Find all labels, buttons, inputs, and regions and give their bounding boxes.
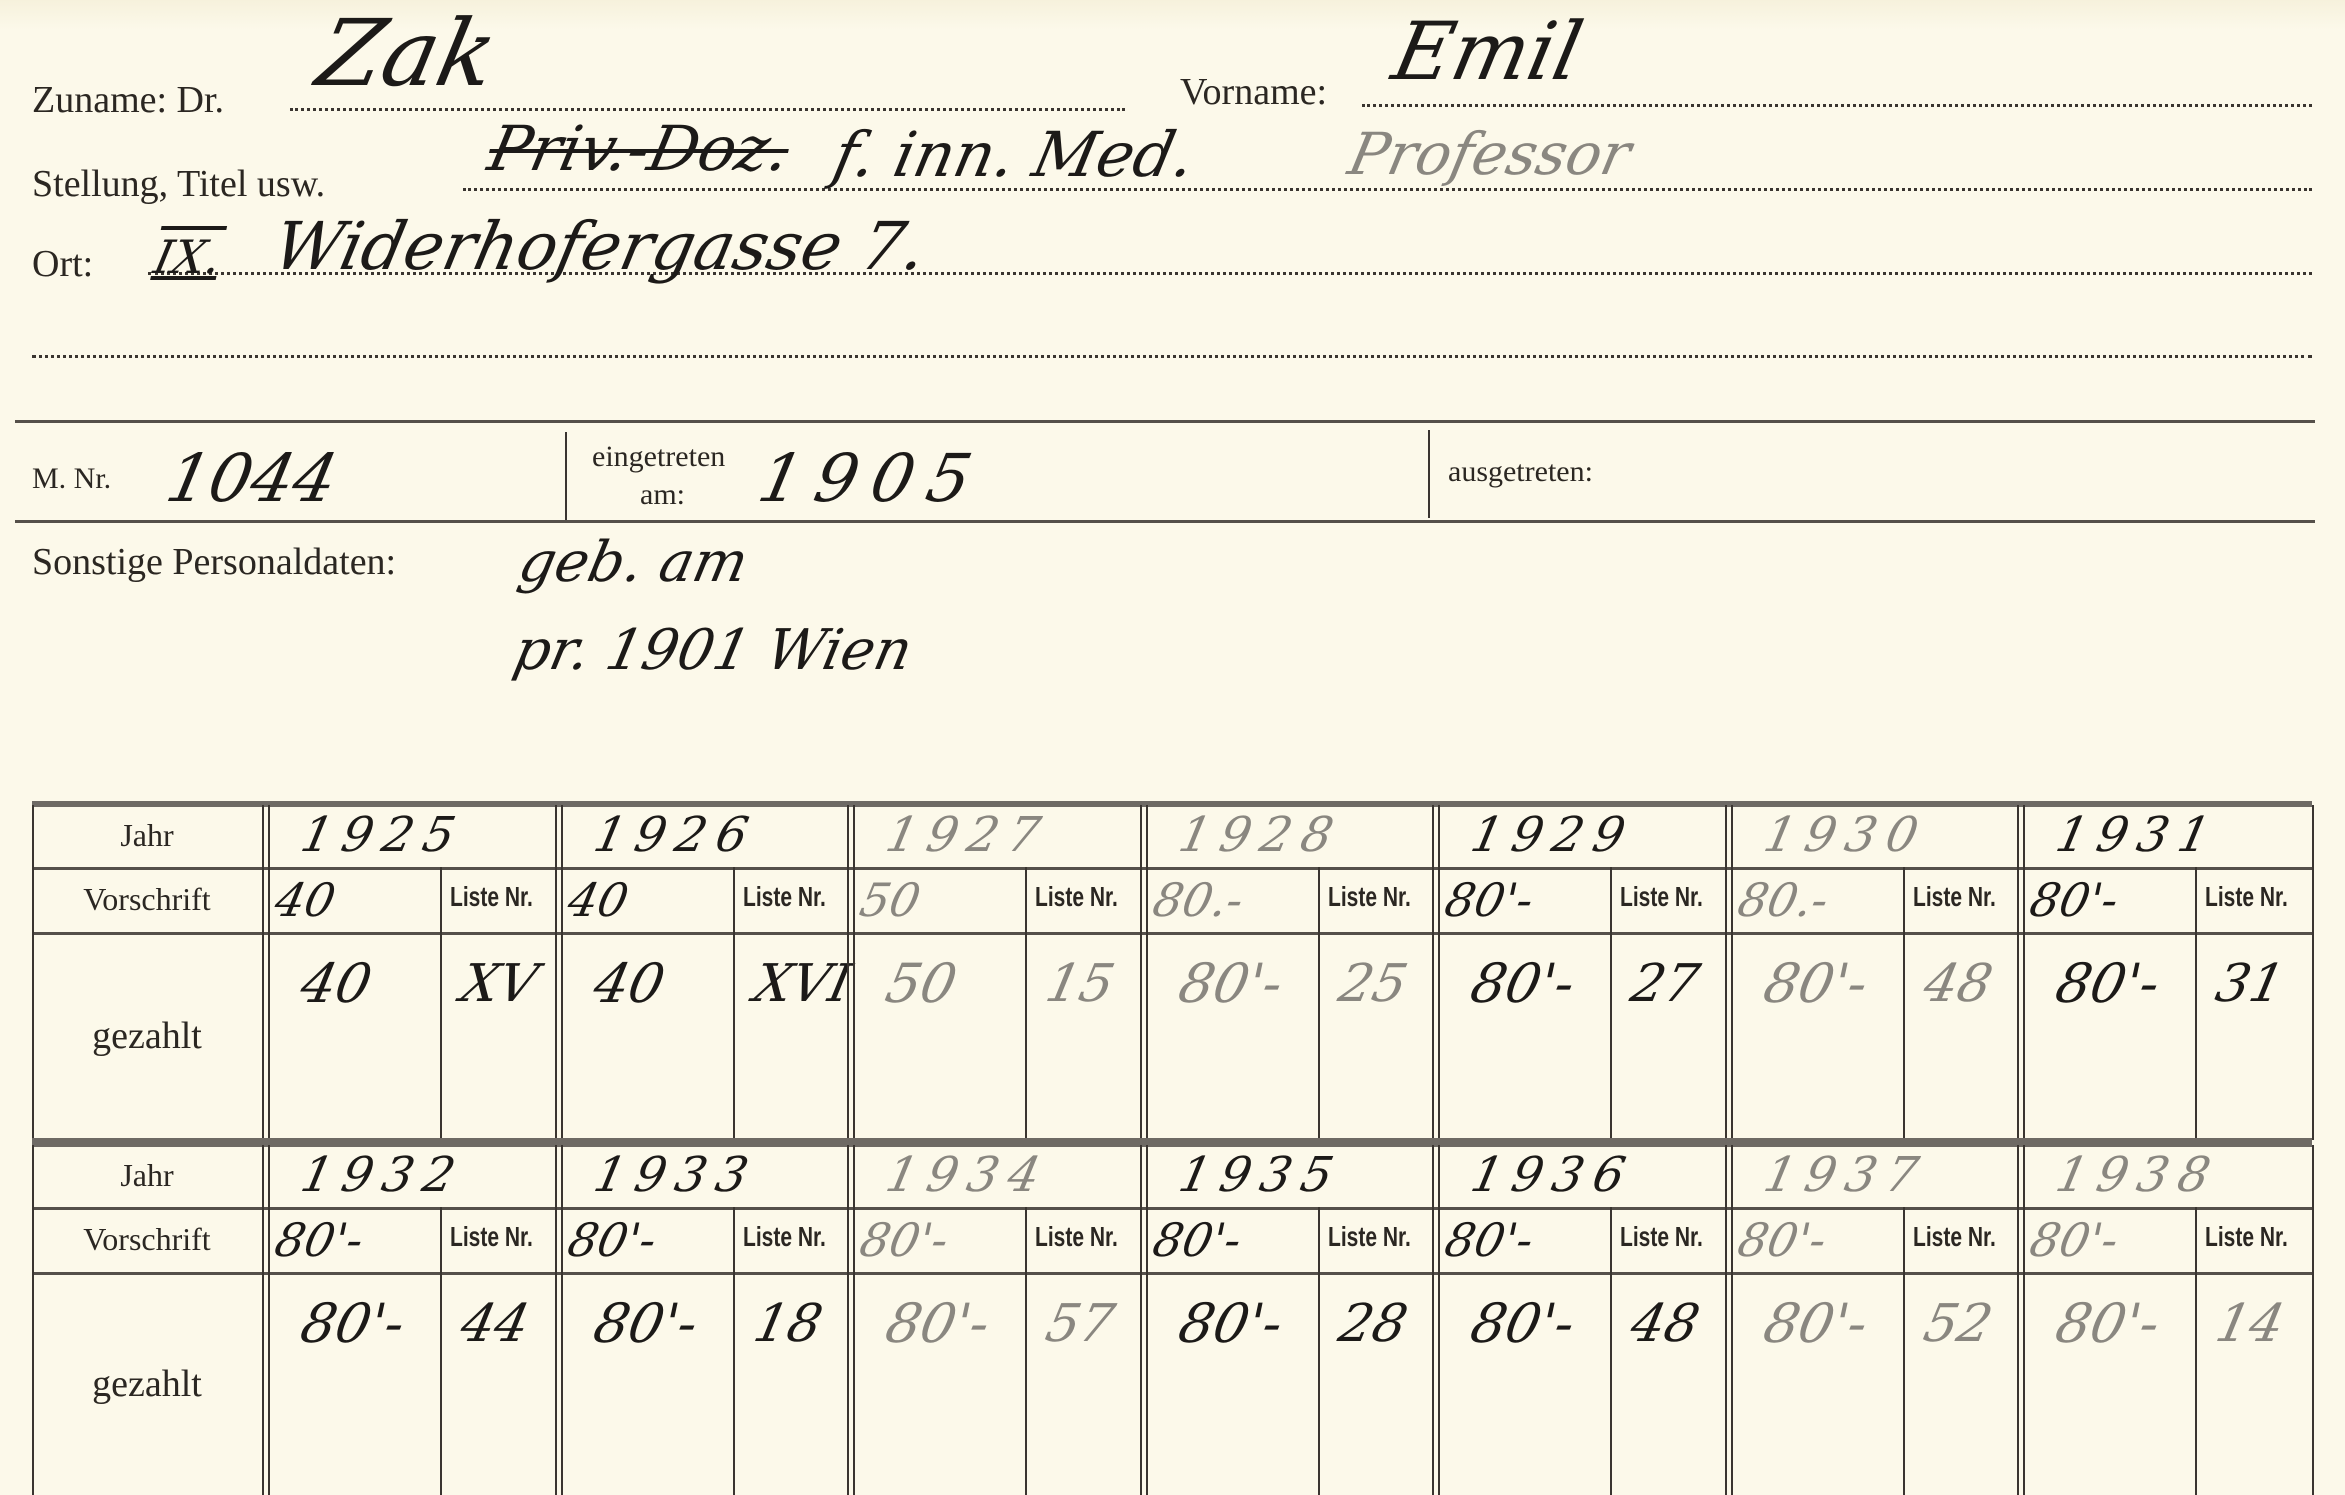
paid-value: 80'- [1173,952,1288,1015]
list-no-label: Liste Nr. [2205,1221,2288,1253]
year-block-divider [1432,1145,1440,1495]
prescribed-value: 80'- [1440,1213,1538,1267]
prescribed-value: 40 [563,873,633,927]
list-no-value: 48 [1918,954,1997,1014]
list-no-value: 44 [456,1294,535,1354]
list-no-label: Liste Nr. [1035,881,1118,913]
list-no-label: Liste Nr. [1913,1221,1996,1253]
prescribed-value: 80'- [563,1213,661,1267]
year-block-divider [1725,1145,1733,1495]
list-no-value: 27 [1626,954,1705,1014]
list-no-divider [1610,867,1612,1140]
prescribed-value: 80'- [1733,1213,1831,1267]
position-value: f. inn. Med. [827,118,1201,191]
list-no-divider [1903,867,1905,1140]
list-no-label: Liste Nr. [1620,881,1703,913]
member-row-divider-2 [1428,430,1430,518]
year-block-divider [1140,805,1148,1140]
paid-value: 80'- [1465,1292,1580,1355]
list-no-label: Liste Nr. [1035,1221,1118,1253]
list-no-label: Liste Nr. [1913,881,1996,913]
prescribed-value: 80'- [1148,1213,1246,1267]
other-data-label: Sonstige Personaldaten: [32,540,396,584]
paid-value: 80'- [1758,952,1873,1015]
membership-index-card: Zuname: Dr. Zak Vorname: Emil Stellung, … [0,0,2345,1495]
year-row-label: Jahr [32,1157,262,1194]
year-block-divider [262,1145,270,1495]
position-struck-value: Priv.-Doz. [482,112,796,185]
list-no-value: XV [456,954,543,1014]
year-value: 1931 [2051,807,2225,863]
paid-value: 80'- [588,1292,703,1355]
list-no-divider [440,867,442,1140]
joined-label-line-2: am: [640,478,685,512]
member-row-divider-1 [565,432,567,520]
prescribed-row-label: Vorschrift [32,881,262,918]
list-no-divider [1610,1207,1612,1495]
prescribed-value: 80'- [2025,873,2123,927]
prescribed-value: 50 [855,873,925,927]
paid-row-label: gezahlt [32,1014,262,1058]
list-no-divider [733,1207,735,1495]
list-no-divider [1025,1207,1027,1495]
list-no-label: Liste Nr. [1620,1221,1703,1253]
list-no-divider [2195,867,2197,1140]
table-prescribed-rule [32,932,2312,935]
list-no-value: 31 [2211,954,2290,1014]
place-label: Ort: [32,242,93,286]
list-no-label: Liste Nr. [1328,881,1411,913]
member-no-value: 1044 [160,440,344,517]
paid-value: 80'- [2050,1292,2165,1355]
list-no-divider [2195,1207,2197,1495]
paid-value: 80'- [880,1292,995,1355]
year-value: 1933 [589,1147,763,1203]
list-no-value: 15 [1041,954,1120,1014]
list-no-divider [733,867,735,1140]
prescribed-value: 80'- [270,1213,368,1267]
year-value: 1925 [296,807,470,863]
year-value: 1937 [1759,1147,1933,1203]
year-value: 1936 [1466,1147,1640,1203]
table-left-border [32,805,34,1140]
list-no-value: 28 [1333,1294,1412,1354]
year-block-divider [2017,805,2025,1140]
list-no-value: 52 [1918,1294,1997,1354]
year-value: 1932 [296,1147,470,1203]
joined-label-line-1: eingetreten [592,440,725,474]
prescribed-value: 80'- [855,1213,953,1267]
list-no-divider [1318,867,1320,1140]
list-no-value: 48 [1626,1294,1705,1354]
other-data-line-2: pr. 1901 Wien [508,618,918,683]
year-block-divider [847,1145,855,1495]
member-row-top-rule [15,420,2315,423]
paid-value: 50 [880,952,962,1015]
list-no-value: 14 [2211,1294,2290,1354]
table-prescribed-rule [32,1272,2312,1275]
year-block-divider [555,805,563,1140]
member-row-bottom-rule [15,520,2315,523]
year-value: 1929 [1466,807,1640,863]
surname-value: Zak [309,0,506,107]
year-row-label: Jahr [32,817,262,854]
prescribed-value: 80.- [1148,873,1248,927]
list-no-value: 18 [748,1294,827,1354]
year-block-divider [1140,1145,1148,1495]
place-value: Widerhofergasse 7. [267,208,934,285]
table-right-border [2312,1145,2314,1495]
paid-value: 80'- [1173,1292,1288,1355]
year-block-divider [1725,805,1733,1140]
table-year-rule [32,1207,2312,1210]
paid-value: 80'- [1758,1292,1873,1355]
position-addendum: Professor [1343,120,1637,188]
prescribed-row-label: Vorschrift [32,1221,262,1258]
position-line [463,188,2312,191]
prescribed-value: 80'- [2025,1213,2123,1267]
list-no-value: 57 [1041,1294,1120,1354]
prescribed-value: 40 [270,873,340,927]
paid-value: 80'- [1465,952,1580,1015]
list-no-divider [1903,1207,1905,1495]
firstname-label: Vorname: [1180,70,1327,114]
list-no-value: 25 [1333,954,1412,1014]
prescribed-value: 80.- [1733,873,1833,927]
year-value: 1930 [1759,807,1933,863]
paid-value: 80'- [295,1292,410,1355]
year-block-divider [847,805,855,1140]
blank-line [32,355,2312,358]
year-value: 1926 [589,807,763,863]
list-no-label: Liste Nr. [450,1221,533,1253]
surname-label: Zuname: Dr. [32,78,224,122]
left-label: ausgetreten: [1448,455,1593,489]
year-block-divider [555,1145,563,1495]
year-value: 1935 [1174,1147,1348,1203]
list-no-label: Liste Nr. [1328,1221,1411,1253]
year-value: 1927 [881,807,1055,863]
joined-value: 1905 [752,440,992,517]
prescribed-value: 80'- [1440,873,1538,927]
place-district: IX. [149,230,226,284]
year-value: 1938 [2051,1147,2225,1203]
paid-value: 40 [295,952,377,1015]
list-no-label: Liste Nr. [743,1221,826,1253]
year-value: 1934 [881,1147,1055,1203]
paid-value: 80'- [2050,952,2165,1015]
member-no-label: M. Nr. [32,462,111,496]
list-no-label: Liste Nr. [2205,881,2288,913]
paid-value: 40 [588,952,670,1015]
list-no-value: XVI [748,954,856,1014]
table-left-border [32,1145,34,1495]
year-block-divider [1432,805,1440,1140]
list-no-divider [1025,867,1027,1140]
position-label: Stellung, Titel usw. [32,162,325,206]
list-no-divider [440,1207,442,1495]
table-right-border [2312,805,2314,1140]
year-block-divider [2017,1145,2025,1495]
firstname-line [1362,104,2312,107]
year-block-divider [262,805,270,1140]
surname-line [290,108,1125,111]
table-year-rule [32,867,2312,870]
list-no-divider [1318,1207,1320,1495]
year-value: 1928 [1174,807,1348,863]
other-data-line-1: geb. am [513,530,754,595]
paid-row-label: gezahlt [32,1362,262,1406]
list-no-label: Liste Nr. [450,881,533,913]
list-no-label: Liste Nr. [743,881,826,913]
firstname-value: Emil [1385,5,1590,98]
